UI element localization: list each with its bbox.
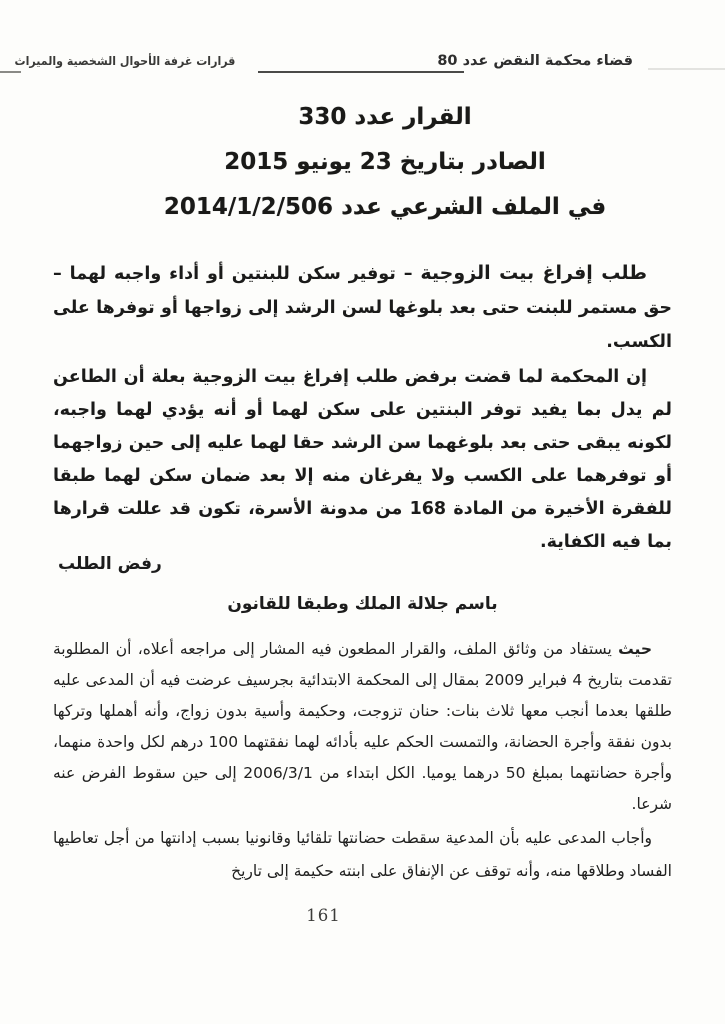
header-book-title: قضاء محكمة النقض عدد 80 — [437, 53, 633, 69]
header-rule-left-stub — [0, 71, 21, 73]
holding-paragraph: إن المحكمة لما قضت برفض طلب إفراغ بيت ال… — [53, 361, 672, 559]
decision-number-line: القرار عدد 330 — [45, 95, 725, 140]
header-rule — [258, 71, 464, 73]
header-section-title: قرارات غرفة الأحوال الشخصية والميراث — [55, 54, 235, 68]
facts-lead-word: حيث — [618, 640, 652, 658]
headnote-paragraph: طلب إفراغ بيت الزوجية – توفير سكن للبنتي… — [53, 256, 672, 359]
royal-formula-heading: باسم جلالة الملك وطبقا للقانون — [53, 594, 672, 614]
decision-date-line: الصادر بتاريخ 23 يونيو 2015 — [45, 140, 725, 185]
verdict-label: رفض الطلب — [58, 554, 162, 574]
page-number: 161 — [0, 906, 647, 925]
header-rule-right-stub — [648, 68, 725, 70]
headnote-subject: طلب إفراغ بيت الزوجية — [420, 262, 647, 284]
facts-text: يستفاد من وثائق الملف، والقرار المطعون ف… — [53, 640, 672, 813]
facts-paragraph: حيث يستفاد من وثائق الملف، والقرار المطع… — [53, 634, 672, 820]
scanned-book-page: قضاء محكمة النقض عدد 80 قرارات غرفة الأح… — [0, 0, 725, 1024]
decision-title-block: القرار عدد 330 الصادر بتاريخ 23 يونيو 20… — [45, 95, 725, 230]
case-file-number-line: في الملف الشرعي عدد 2014/1/2/506 — [45, 185, 725, 230]
response-paragraph: وأجاب المدعى عليه بأن المدعية سقطت حضانت… — [53, 822, 672, 888]
